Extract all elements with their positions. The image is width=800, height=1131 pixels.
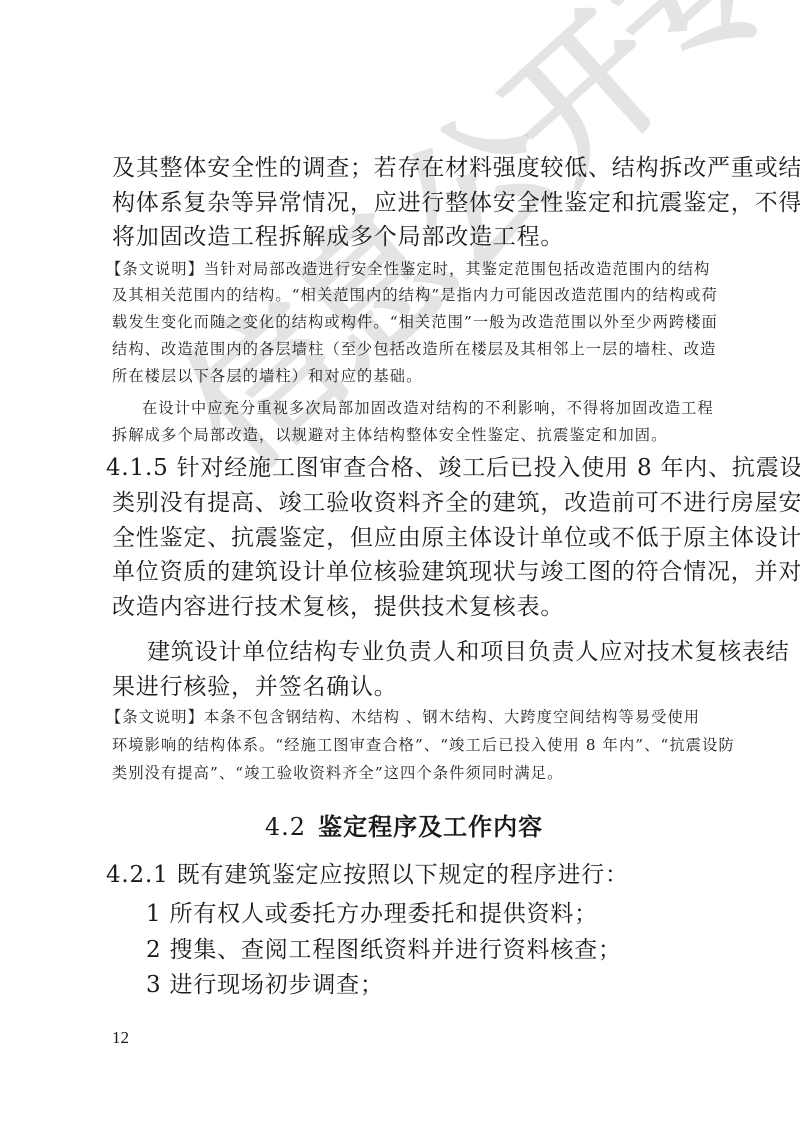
note-line: 及其相关范围内的结构。“相关范围内的结构”是指内力可能因改造范围内的结构或荷 — [112, 288, 718, 303]
note-line: 结构、改造范围内的各层墙柱（至少包括改造所在楼层及其相邻上一层的墙柱、改造 — [112, 342, 717, 357]
note-line: 类别没有提高”、“竣工验收资料齐全”这四个条件须同时满足。 — [112, 766, 564, 781]
note-line: 在设计中应充分重视多次局部加固改造对结构的不利影响，不得将加固改造工程 — [142, 401, 714, 416]
note-line: 载发生变化而随之变化的结构或构件。“相关范围”一般为改造范围以外至少两跨楼面 — [112, 315, 718, 330]
text-line: 将加固改造工程拆解成多个局部改造工程。 — [112, 226, 564, 249]
note-line: 【条文说明】当针对局部改造进行安全性鉴定时，其鉴定范围包括改造范围内的结构 — [106, 262, 711, 277]
clause-heading-line: 4.2.1 既有建筑鉴定应按照以下规定的程序进行： — [106, 864, 629, 887]
clause-heading-line: 4.1.5 针对经施工图审查合格、竣工后已投入使用 8 年内、抗震设防 — [106, 457, 800, 480]
text-line: 果进行核验，并签名确认。 — [112, 676, 398, 699]
note-line: 所在楼层以下各层的墙柱）和对应的基础。 — [112, 369, 422, 384]
note-line: 环境影响的结构体系。“经施工图审查合格”、“竣工后已投入使用 8 年内”、“抗震… — [112, 738, 735, 753]
text-line: 改造内容进行技术复核，提供技术复核表。 — [112, 596, 564, 619]
list-item: 1 所有权人或委托方办理委托和提供资料； — [146, 903, 598, 926]
note-line: 【条文说明】本条不包含钢结构、木结构 、钢木结构、大跨度空间结构等易受使用 — [106, 710, 700, 725]
text-line: 全性鉴定、抗震鉴定，但应由原主体设计单位或不低于原主体设计 — [112, 527, 800, 550]
list-item: 2 搜集、查阅工程图纸资料并进行资料核查； — [146, 939, 622, 962]
section-title: 鉴定程序及工作内容 — [318, 812, 543, 841]
text-line: 建筑设计单位结构专业负责人和项目负责人应对技术复核表结 — [147, 641, 790, 664]
list-item: 3 进行现场初步调查； — [146, 974, 384, 997]
text-line: 及其整体安全性的调查；若存在材料强度较低、结构拆改严重或结 — [112, 157, 800, 180]
text-line: 单位资质的建筑设计单位核验建筑现状与竣工图的符合情况，并对 — [112, 561, 800, 584]
page-number: 12 — [112, 1028, 129, 1048]
section-number: 4.2 — [265, 813, 306, 841]
text-line: 构体系复杂等异常情况，应进行整体安全性鉴定和抗震鉴定，不得 — [112, 192, 800, 215]
text-line: 类别没有提高、竣工验收资料齐全的建筑，改造前可不进行房屋安 — [112, 492, 800, 515]
note-line: 拆解成多个局部改造，以规避对主体结构整体安全性鉴定、抗震鉴定和加固。 — [112, 428, 667, 443]
section-heading: 4.2鉴定程序及工作内容 — [112, 815, 696, 839]
